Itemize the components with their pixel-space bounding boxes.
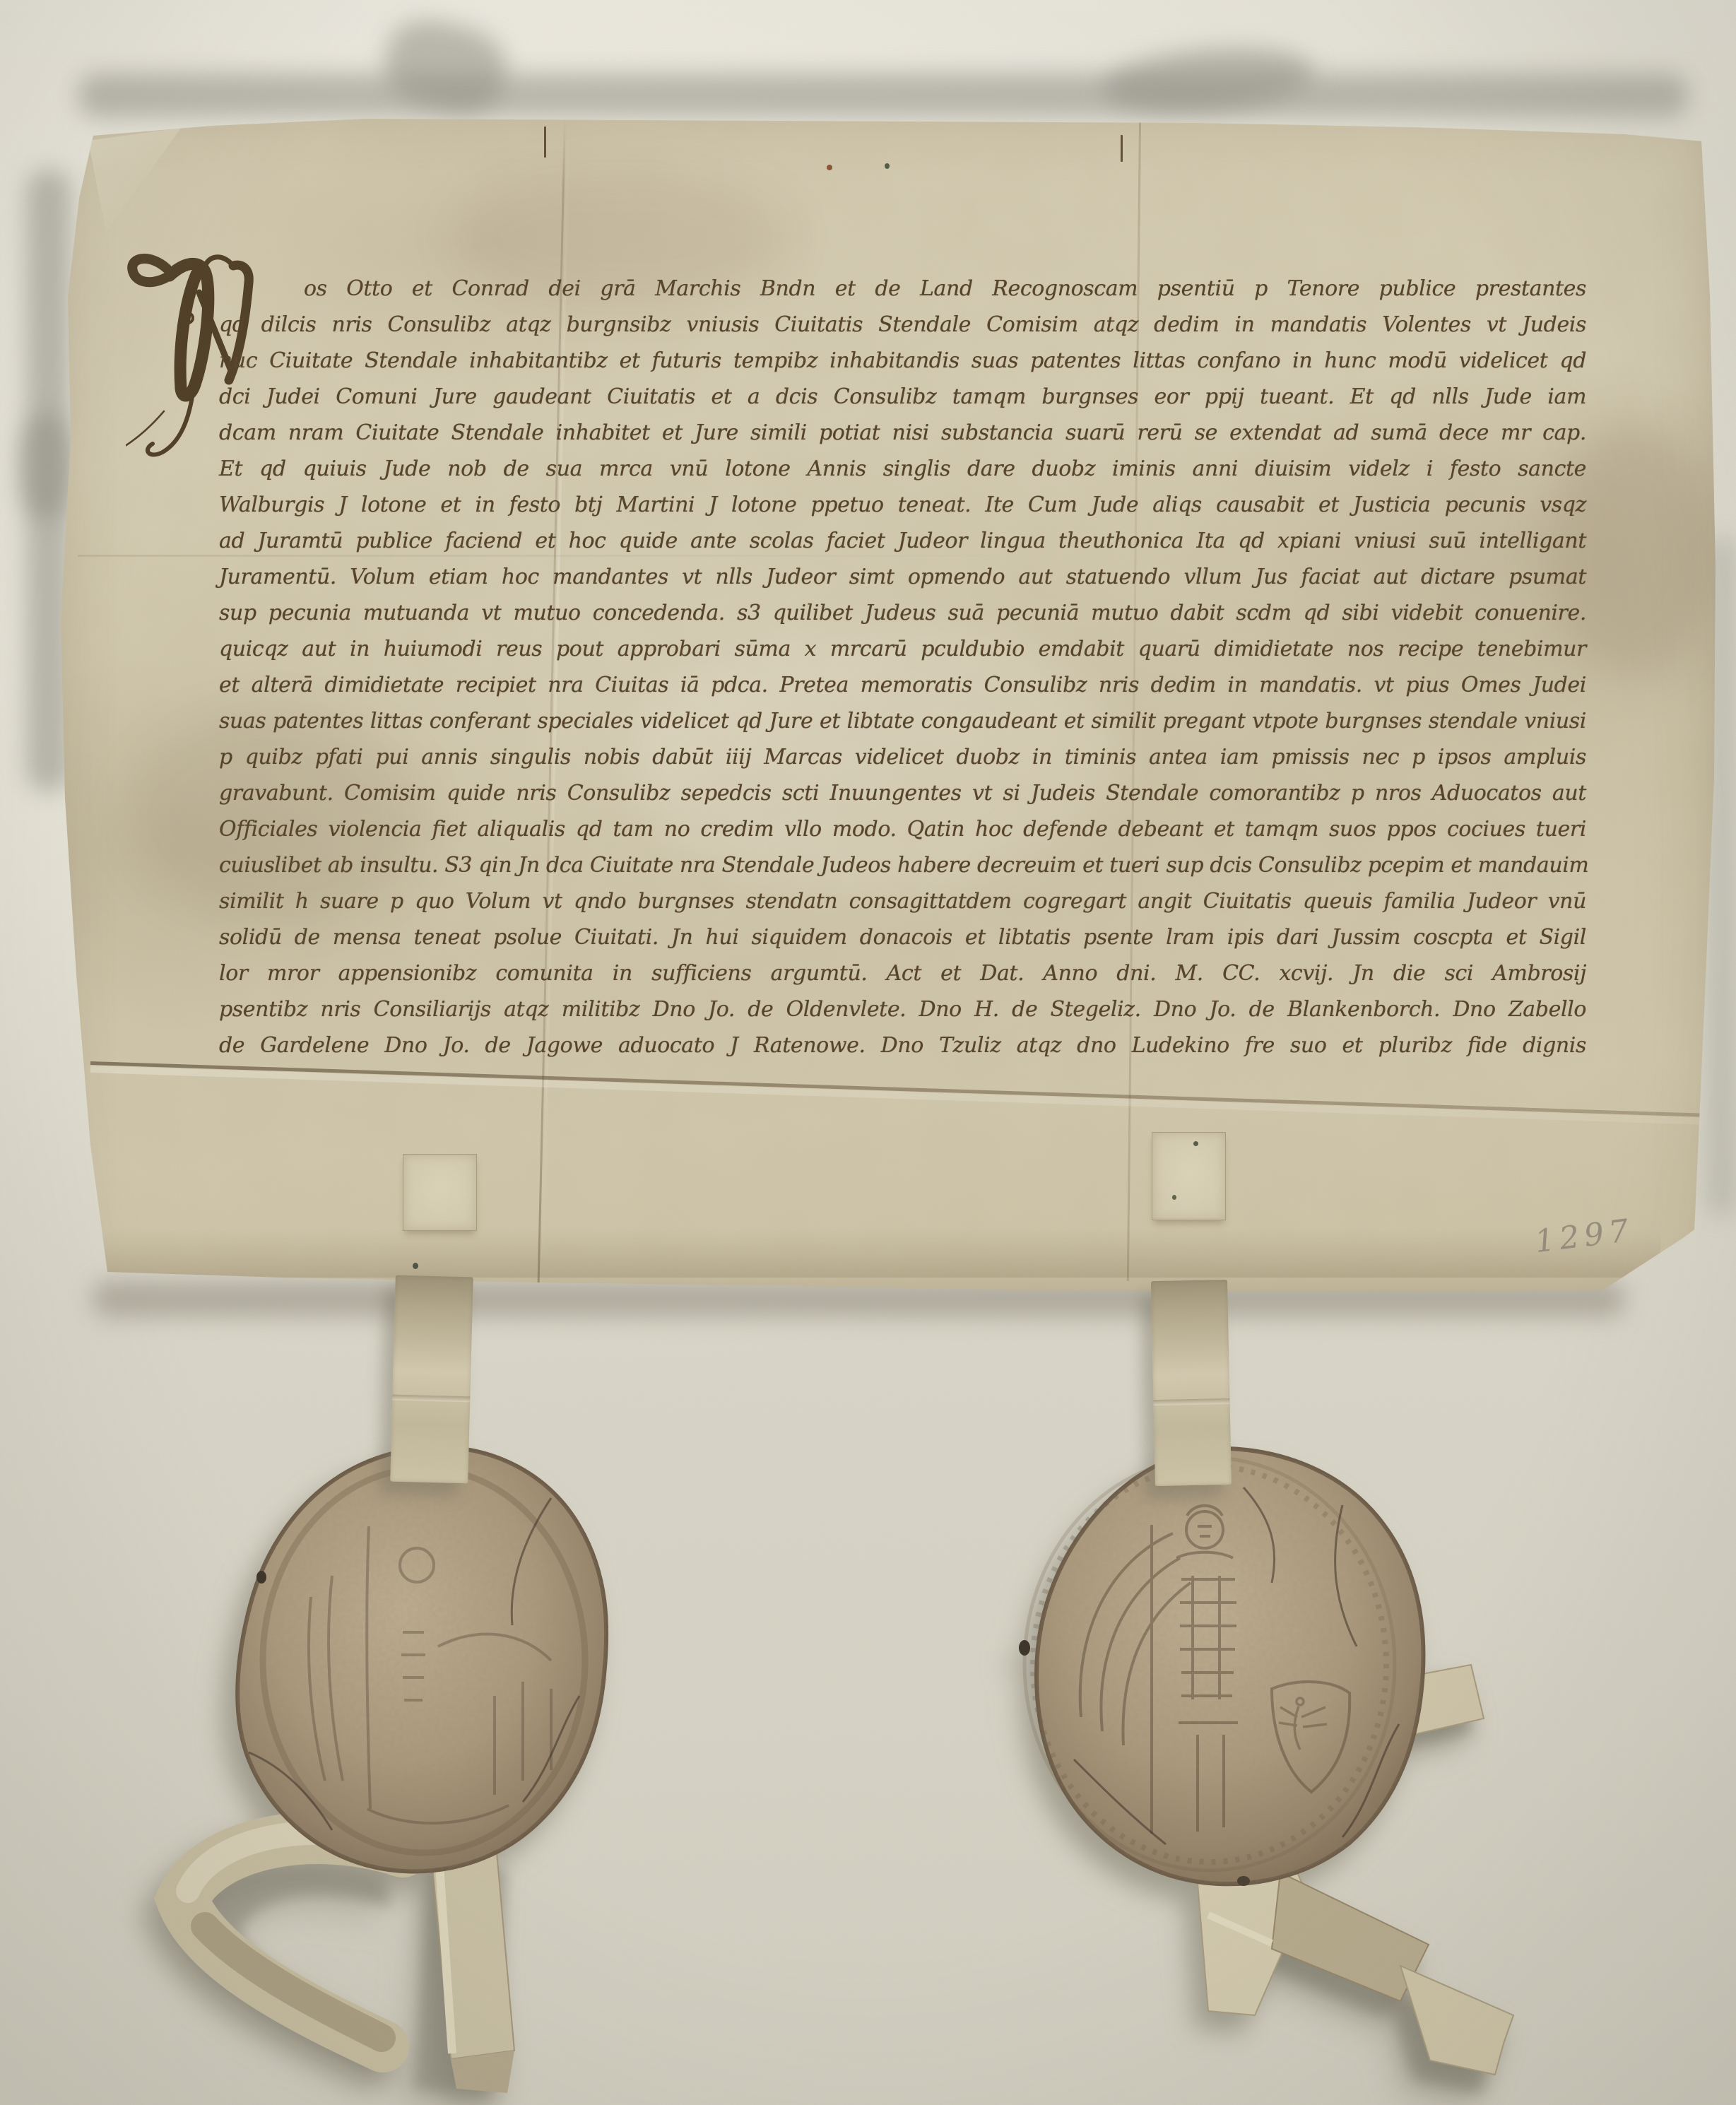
folded-corner xyxy=(86,128,185,234)
charter-text-line: qd dilcis nris Consulibz atqz burgnsibz … xyxy=(219,307,1586,343)
backdrop-shadow-top xyxy=(78,73,1689,117)
ink-tick xyxy=(544,126,546,158)
charter-text-line: os Otto et Conrad dei grā Marchis Bndn e… xyxy=(219,271,1586,307)
seal-tag-left xyxy=(390,1275,473,1484)
charter-text-line: ad Juramtū publice faciend et hoc quide … xyxy=(219,523,1586,559)
seal-tag-slit-right xyxy=(1152,1132,1226,1220)
seal-tag-slit-left xyxy=(403,1154,477,1231)
rust-speck xyxy=(827,165,832,170)
seal-tag-right xyxy=(1151,1280,1232,1486)
photo-stage: os Otto et Conrad dei grā Marchis Bndn e… xyxy=(0,0,1736,2105)
seal-chip xyxy=(1237,1876,1250,1886)
parchment-charter: os Otto et Conrad dei grā Marchis Bndn e… xyxy=(49,102,1720,1297)
charter-text-line: solidū de mensa teneat psolue Ciuitati. … xyxy=(219,919,1586,955)
backdrop-shadow-peak xyxy=(20,413,72,519)
charter-text-line: sup pecunia mutuanda vt mutuo concedenda… xyxy=(219,595,1586,631)
charter-text-line: similit h suare p quo Volum vt qndo burg… xyxy=(219,883,1586,919)
ink-tick xyxy=(1121,135,1123,162)
charter-text-line: Et qd quiuis Jude nob de sua mrca vnū lo… xyxy=(219,451,1586,487)
wax-seal-right xyxy=(975,1420,1569,2105)
tag-fold-kink xyxy=(1153,1398,1229,1405)
charter-text-line: nuc Ciuitate Stendale inhabitantibz et f… xyxy=(219,343,1586,379)
plica-fold-line xyxy=(90,1061,1708,1117)
plica-fold-highlight xyxy=(90,1066,1708,1125)
seal-pit xyxy=(1019,1640,1030,1656)
charter-text-line: cuiuslibet ab insultu. S3 qin Jn dca Ciu… xyxy=(219,847,1586,883)
plica-bottom-shading xyxy=(71,1230,1660,1278)
charter-text-line: psentibz nris Consiliarijs atqz militibz… xyxy=(219,991,1586,1027)
charter-text-line: de Gardelene Dno Jo. de Jagowe aduocato … xyxy=(219,1027,1586,1063)
charter-text-block: os Otto et Conrad dei grā Marchis Bndn e… xyxy=(219,271,1586,1063)
tag-fold-kink xyxy=(392,1395,470,1403)
green-speck xyxy=(885,163,890,169)
charter-text-line: Juramentū. Volum etiam hoc mandantes vt … xyxy=(219,559,1586,595)
charter-text-line: et alterā dimidietate recipiet nra Ciuit… xyxy=(219,667,1586,703)
charter-text-line: gravabunt. Comisim quide nris Consulibz … xyxy=(219,775,1586,811)
seal-pit xyxy=(256,1571,266,1584)
charter-text-line: suas patentes littas conferant speciales… xyxy=(219,703,1586,739)
green-speck xyxy=(1193,1141,1198,1146)
charter-text-line: quicqz aut in huiumodi reus pout approba… xyxy=(219,631,1586,667)
charter-text-line: dci Judei Comuni Jure gaudeant Ciuitatis… xyxy=(219,379,1586,415)
charter-text-line: Officiales violencia fiet aliqualis qd t… xyxy=(219,811,1586,847)
wax-seal-left xyxy=(99,1413,636,2105)
charter-text-line: p quibz pfati pui annis singulis nobis d… xyxy=(219,739,1586,775)
charter-text-line: lor mror appensionibz comunita in suffic… xyxy=(219,955,1586,991)
charter-text-line: dcam nram Ciuitate Stendale inhabitet et… xyxy=(219,415,1586,451)
green-speck xyxy=(1172,1195,1176,1200)
charter-text-line: Walburgis J lotone et in festo btj Marti… xyxy=(219,487,1586,523)
